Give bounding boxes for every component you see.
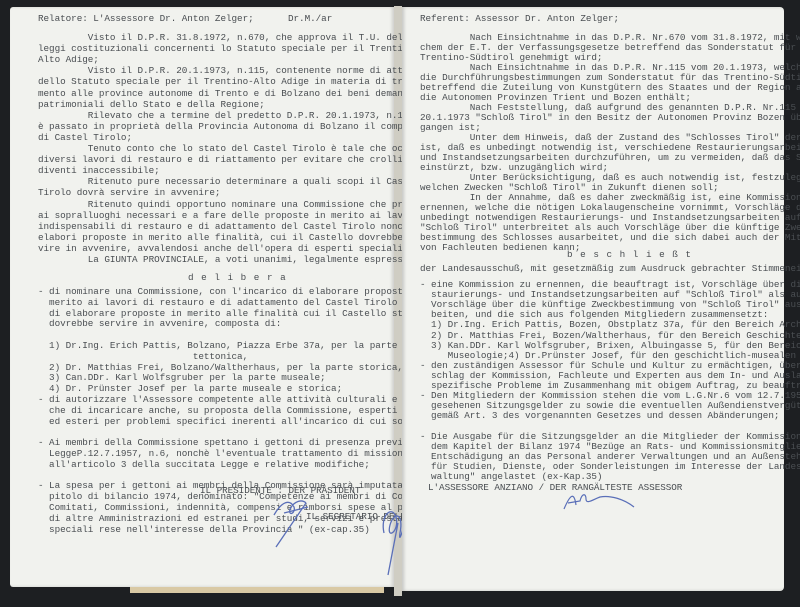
text-line: dello Statuto speciale per il Trentino-A… — [38, 76, 442, 87]
text-line: leggi costituzionali concernenti lo Stat… — [38, 43, 420, 54]
text-line: Tenuto conto che lo stato del Castel Tir… — [38, 143, 442, 154]
senior-assessor-label: L'ASSESSORE ANZIANO / DER RANGÄLTESTE AS… — [428, 482, 682, 493]
text-line: Visto il D.P.R. 20.1.1973, n.115, conten… — [38, 65, 442, 76]
text-line: von Fachleuten bedienen kann; — [420, 242, 580, 253]
text-line: indispensabili di restauro e di adattame… — [38, 221, 436, 232]
item-line: dovrebbe servire in avvenire, composta d… — [38, 318, 281, 329]
text-line: La GIUNTA PROVINCIALE, a voti unanimi, l… — [38, 254, 408, 265]
text-line: è passato in proprietà della Provincia A… — [38, 121, 431, 132]
text-line: diversi lavori di restauro e di riattame… — [38, 154, 436, 165]
item-line: - di nominare una Commissione, con l'inc… — [38, 286, 425, 297]
text-line: Ritenuto pure necessario determinare a q… — [38, 176, 420, 187]
left-page-italian: Relatore: L'Assessore Dr. Anton Zelger; … — [10, 7, 394, 587]
rapporteur-header: Relatore: L'Assessore Dr. Anton Zelger; — [38, 13, 254, 24]
item-line: - Ai membri della Commissione spettano i… — [38, 437, 453, 448]
item-line: 2) Dr. Matthias Frei, Bolzano/Waltherhau… — [38, 362, 403, 373]
item-line: speciali rese nell'interesse della Provi… — [38, 524, 370, 535]
referent-header: Referent: Assessor Dr. Anton Zelger; — [420, 13, 619, 24]
text-line: mento alle province autonome di Trento e… — [38, 88, 436, 99]
item-line: merito ai lavori di restauro e di adatta… — [38, 297, 436, 308]
text-line: Ritenuto quindi opportuno nominare una C… — [38, 199, 436, 210]
item-line: che di incaricare anche, su proposta del… — [38, 405, 453, 416]
item-line: - di autorizzare l'Assessore competente … — [38, 394, 453, 405]
text-line: di Castel Tirolo; — [38, 132, 132, 143]
right-page-german: Referent: Assessor Dr. Anton Zelger; Nac… — [402, 7, 784, 591]
resolution-heading: d e l i b e r a — [188, 272, 287, 283]
resolution-intro: der Landesausschuß, mit gesetzmäßig zum … — [420, 263, 800, 274]
text-line: ai sopralluoghi necessari e a fare delle… — [38, 210, 420, 221]
item-line: ed esteri per problemi specifici inerent… — [38, 416, 425, 427]
text-line: elabori proposte in merito alle finalità… — [38, 232, 431, 243]
item-line: 1) Dr.Ing. Erich Pattis, Bolzano, Piazza… — [38, 340, 436, 351]
text-line: diventi inaccessibile; — [38, 165, 160, 176]
text-line: Tirolo dovrà servire in avvenire; — [38, 187, 220, 198]
text-line: Rilevato che a termine del predetto D.P.… — [38, 110, 420, 121]
senior-assessor-signature — [560, 487, 640, 517]
reference-code: Dr.M./ar — [288, 13, 332, 24]
text-line: vire in avvenire, avvalendosi anche dell… — [38, 243, 425, 254]
item-line: gemäß Art. 3 des vorgenannten Gesetzes u… — [420, 410, 779, 421]
text-line: Alto Adige; — [38, 54, 99, 65]
text-line: patrimoniali dello Stato e della Regione… — [38, 99, 265, 110]
item-line: 4) Dr. Prünster Josef per la parte musea… — [38, 383, 342, 394]
item-line: all'articolo 3 della succitata Legge e r… — [38, 459, 370, 470]
item-line: 3) Can.DDr. Karl Wolfsgruber per la part… — [38, 372, 326, 383]
resolution-heading-german: b e s c h l i e ß t — [567, 249, 692, 260]
item-line: di elaborare proposte in merito alle fin… — [38, 308, 425, 319]
item-line: tettonica, — [38, 351, 248, 362]
text-line: Visto il D.P.R. 31.8.1972, n.670, che ap… — [38, 32, 414, 43]
item-line: waltung" angelastet (ex-Kap.35) — [420, 471, 602, 482]
item-line: LeggeP.12.7.1957, n.6, nonchè l'eventual… — [38, 448, 447, 459]
